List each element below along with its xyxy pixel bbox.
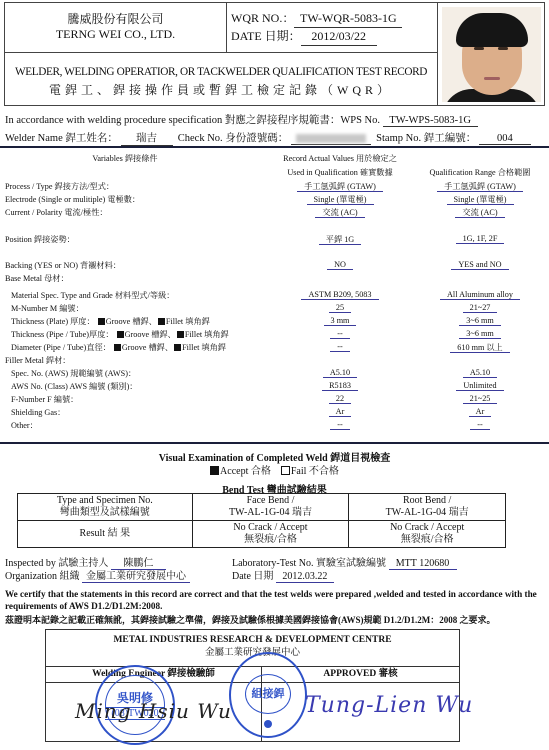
inspection-date-value: 2012.03.22 xyxy=(276,571,334,583)
actual-value: -- xyxy=(285,342,395,351)
organization-label: Organization 組織 xyxy=(5,571,80,582)
welder-line: Welder Name 銲工姓名： 瑞吉 Check No. 身份證號碼： St… xyxy=(5,130,531,146)
variable-label-text: Thickness (Pipe / Tube)厚度： xyxy=(11,330,114,339)
variable-label-text: M-Number M 編號： xyxy=(11,304,84,313)
range-value-text: All Aluminum alloy xyxy=(440,290,520,300)
table-cell: No Crack / Accept 無裂痕/合格 xyxy=(349,521,506,548)
fail-checkbox xyxy=(281,466,290,475)
table-cell: Root Bend / TW-AL-1G-04 瑞吉 xyxy=(349,494,506,521)
actual-value-text: Ar xyxy=(329,407,352,417)
date-value: 2012/03/22 xyxy=(301,28,377,46)
stamp-no: 004 xyxy=(479,133,531,145)
groove-label: Groove 槽銲 xyxy=(122,343,165,352)
range-value-text: -- xyxy=(470,420,489,430)
variable-label-text: Electrode (Single or mulitiple) 電極數： xyxy=(5,195,140,204)
table-cell: Result 結 果 xyxy=(18,521,193,548)
check-no-label: Check No. 身份證號碼： xyxy=(178,133,289,144)
engineer-signature: Ming Hsiu Wu xyxy=(75,699,232,723)
table-cell: No Crack / Accept 無裂痕/合格 xyxy=(192,521,349,548)
fillet-label: Fillet 填角銲 xyxy=(185,330,229,339)
separator: 、 xyxy=(165,343,173,352)
actual-value: ASTM B209, 5083 xyxy=(285,290,395,299)
divider xyxy=(0,146,549,148)
variable-label: M-Number M 編號： xyxy=(11,303,84,314)
range-value: 手工氬弧銲 (GTAW) xyxy=(420,181,540,192)
actual-value: -- xyxy=(285,420,395,429)
variable-label-text: Shielding Gas： xyxy=(11,408,65,417)
range-value-text: Unlimited xyxy=(456,381,503,391)
actual-value: Single (單電極) xyxy=(285,194,395,205)
groove-label: Groove 槽銲 xyxy=(125,330,168,339)
range-value-text: 手工氬弧銲 (GTAW) xyxy=(437,182,523,192)
range-value: Unlimited xyxy=(420,381,540,390)
variable-label: Electrode (Single or mulitiple) 電極數： xyxy=(5,194,140,205)
fillet-checked-icon xyxy=(177,331,184,338)
variable-label: Diameter (Pipe / Tube)直徑： Groove 槽銲、Fill… xyxy=(11,342,226,353)
groove-checked-icon xyxy=(98,318,105,325)
variable-label: Process / Type 銲接方法/型式： xyxy=(5,181,114,192)
joint-type-options: Groove 槽銲、Fillet 填角銲 xyxy=(114,330,229,339)
separator: 、 xyxy=(168,330,176,339)
actual-value: Ar xyxy=(285,407,395,416)
separator: 、 xyxy=(149,317,157,326)
visual-exam-options: Accept 合格 Fail 不合格 xyxy=(0,462,549,477)
variable-label-text: F-Number F 編號： xyxy=(11,395,78,404)
range-value: 交流 (AC) xyxy=(420,207,540,218)
variable-label-text: Thickness (Plate) 厚度： xyxy=(11,317,95,326)
range-value: YES and NO xyxy=(420,260,540,269)
variable-label: Position 銲接姿勢： xyxy=(5,234,75,245)
variable-label: Spec. No. (AWS) 規範編號 (AWS)： xyxy=(11,368,136,379)
groove-checked-icon xyxy=(114,344,121,351)
org-name-en: METAL INDUSTRIES RESEARCH & DEVELOPMENT … xyxy=(46,634,459,647)
photo-cell xyxy=(437,3,545,106)
variable-label: Material Spec. Type and Grade 材料型式/等級： xyxy=(11,290,174,301)
actual-value-text: 3 mm xyxy=(324,316,357,326)
variable-label: Other： xyxy=(11,420,38,431)
range-header: Qualification Range 合格範圍 xyxy=(405,167,549,178)
actual-value-text: 手工氬弧銲 (GTAW) xyxy=(297,182,383,192)
wps-number: TW-WPS-5083-1G xyxy=(383,115,478,127)
company-name-en: TERNG WEI CO., LTD. xyxy=(5,27,226,42)
title-cell: WELDER, WELDING OPERATIOR, OR TACKWELDER… xyxy=(5,53,437,106)
actual-value: 交流 (AC) xyxy=(285,207,395,218)
fillet-label: Fillet 填角銲 xyxy=(182,343,226,352)
welder-photo xyxy=(442,7,541,102)
certification-statement-zh: 茲證明本記錄之記載正確無訛，其銲接試驗之準備，銲接及試驗係根據美國銲接協會(AW… xyxy=(5,613,496,626)
actual-value: 22 xyxy=(285,394,395,403)
variable-label: Current / Polarity 電流/極性： xyxy=(5,207,108,218)
joint-type-options: Groove 槽銲、Fillet 填角銲 xyxy=(95,317,210,326)
wqr-label: WQR NO.： xyxy=(231,11,294,25)
divider xyxy=(0,442,549,444)
actual-value: R5183 xyxy=(285,381,395,390)
accept-label: Accept 合格 xyxy=(220,466,271,477)
range-value-text: 交流 (AC) xyxy=(455,208,504,218)
record-title-zh: 電銲工、銲接操作員或暫銲工檢定記錄（WQR） xyxy=(5,81,437,98)
variable-label: Base Metal 母材： xyxy=(5,273,69,284)
actual-value-text: -- xyxy=(330,420,349,430)
variable-label-text: Filler Metal 銲材： xyxy=(5,356,71,365)
organization-line: Organization 組織 金屬工業研究發展中心 xyxy=(5,567,190,583)
organization-value: 金屬工業研究發展中心 xyxy=(82,567,190,583)
date-label: DATE 日期： xyxy=(231,29,301,43)
actual-value-text: 22 xyxy=(329,394,351,404)
table-row: Result 結 果No Crack / Accept 無裂痕/合格No Cra… xyxy=(18,521,506,548)
actual-value-text: R5183 xyxy=(322,381,358,391)
range-value-text: 610 mm 以上 xyxy=(450,343,510,353)
variable-label-text: Diameter (Pipe / Tube)直徑： xyxy=(11,343,111,352)
welder-name: 瑞吉 xyxy=(121,130,173,146)
table-row: Type and Specimen No. 彎曲類型及試樣編號Face Bend… xyxy=(18,494,506,521)
wps-label: In accordance with welding procedure spe… xyxy=(5,115,380,126)
groove-checked-icon xyxy=(117,331,124,338)
header-box: 騰威股份有限公司 TERNG WEI CO., LTD. WQR NO.：TW-… xyxy=(4,2,545,106)
record-title-en: WELDER, WELDING OPERATIOR, OR TACKWELDER… xyxy=(5,66,437,78)
range-value: A5.10 xyxy=(420,368,540,377)
inspection-date-line: Date 日期 2012.03.22 xyxy=(232,567,334,583)
actual-value-text: 交流 (AC) xyxy=(315,208,364,218)
variables-header: Variables 銲接條件 xyxy=(60,153,190,164)
groove-label: Groove 槽銲 xyxy=(106,317,149,326)
range-value-text: 3~6 mm xyxy=(459,329,500,339)
record-header-1: Record Actual Values 用於檢定之 xyxy=(260,153,420,164)
variable-label-text: Process / Type 銲接方法/型式： xyxy=(5,182,114,191)
range-value-text: 3~6 mm xyxy=(459,316,500,326)
variable-label: Thickness (Plate) 厚度： Groove 槽銲、Fillet 填… xyxy=(11,316,210,327)
variable-label: Backing (YES or NO) 背襯材料： xyxy=(5,260,121,271)
range-value: Ar xyxy=(420,407,540,416)
variable-label: Thickness (Pipe / Tube)厚度： Groove 槽銲、Fil… xyxy=(11,329,229,340)
range-value-text: 21~25 xyxy=(463,394,498,404)
variable-label-text: Material Spec. Type and Grade 材料型式/等級： xyxy=(11,291,174,300)
wps-line: In accordance with welding procedure spe… xyxy=(5,112,478,127)
certification-statement-en: We certify that the statements in this r… xyxy=(5,588,549,612)
range-value-text: 1G, 1F, 2F xyxy=(456,234,505,244)
actual-value: -- xyxy=(285,329,395,338)
stamp-no-label: Stamp No. 銲工編號： xyxy=(376,133,476,144)
range-value-text: 21~27 xyxy=(463,303,498,313)
variable-label: Shielding Gas： xyxy=(11,407,65,418)
variable-label: F-Number F 編號： xyxy=(11,394,78,405)
range-value: 3~6 mm xyxy=(420,329,540,338)
actual-value: A5.10 xyxy=(285,368,395,377)
variable-label-text: Spec. No. (AWS) 規範編號 (AWS)： xyxy=(11,369,136,378)
variable-label-text: Base Metal 母材： xyxy=(5,274,69,283)
range-value: 21~25 xyxy=(420,394,540,403)
lab-test-value: MTT 120680 xyxy=(389,558,457,570)
actual-value: 手工氬弧銲 (GTAW) xyxy=(285,181,395,192)
fillet-checked-icon xyxy=(158,318,165,325)
variable-label-text: Position 銲接姿勢： xyxy=(5,235,75,244)
actual-value-text: -- xyxy=(330,329,349,339)
check-no-redacted xyxy=(291,133,371,145)
range-value: All Aluminum alloy xyxy=(420,290,540,299)
variable-label: Filler Metal 銲材： xyxy=(5,355,71,366)
company-name-zh: 騰威股份有限公司 xyxy=(5,12,226,27)
table-cell: Face Bend / TW-AL-1G-04 瑞吉 xyxy=(192,494,349,521)
actual-value-text: Single (單電極) xyxy=(307,195,374,205)
actual-value-text: ASTM B209, 5083 xyxy=(301,290,378,300)
fail-label: Fail 不合格 xyxy=(291,466,339,477)
actual-value: NO xyxy=(285,260,395,269)
table-cell: Type and Specimen No. 彎曲類型及試樣編號 xyxy=(18,494,193,521)
company-cell: 騰威股份有限公司 TERNG WEI CO., LTD. xyxy=(5,3,227,53)
fillet-checked-icon xyxy=(174,344,181,351)
actual-value: 平銲 1G xyxy=(285,234,395,245)
variable-label-text: Current / Polarity 電流/極性： xyxy=(5,208,108,217)
approval-stamp: 組接銲 xyxy=(229,652,307,738)
range-value: -- xyxy=(420,420,540,429)
record-header-2: Used in Qualification 確實數據 xyxy=(260,167,420,178)
variable-label-text: Other： xyxy=(11,421,38,430)
variable-label-text: AWS No. (Class) AWS 編號 (類別)： xyxy=(11,382,138,391)
variable-label: AWS No. (Class) AWS 編號 (類別)： xyxy=(11,381,138,392)
actual-value-text: 25 xyxy=(329,303,351,313)
flower-icon xyxy=(264,720,272,728)
accept-checkbox xyxy=(210,466,219,475)
approver-signature: Tung-Lien Wu xyxy=(305,693,473,718)
inspection-date-label: Date 日期 xyxy=(232,571,273,582)
range-value: 1G, 1F, 2F xyxy=(420,234,540,243)
range-value: 3~6 mm xyxy=(420,316,540,325)
wqr-cell: WQR NO.：TW-WQR-5083-1G DATE 日期：2012/03/2… xyxy=(227,3,437,53)
bend-test-table: Type and Specimen No. 彎曲類型及試樣編號Face Bend… xyxy=(17,493,506,548)
variable-label-text: Backing (YES or NO) 背襯材料： xyxy=(5,261,121,270)
range-value: 610 mm 以上 xyxy=(420,342,540,353)
actual-value-text: A5.10 xyxy=(323,368,357,378)
actual-value-text: 平銲 1G xyxy=(319,235,361,245)
actual-value: 3 mm xyxy=(285,316,395,325)
stamp-text: 組接銲 xyxy=(245,674,291,714)
range-value: Single (單電極) xyxy=(420,194,540,205)
range-value-text: Single (單電極) xyxy=(447,195,514,205)
wqr-number: TW-WQR-5083-1G xyxy=(294,10,402,28)
actual-value: 25 xyxy=(285,303,395,312)
joint-type-options: Groove 槽銲、Fillet 填角銲 xyxy=(111,343,226,352)
range-value: 21~27 xyxy=(420,303,540,312)
actual-value-text: NO xyxy=(327,260,353,270)
range-value-text: Ar xyxy=(469,407,492,417)
welder-name-label: Welder Name 銲工姓名： xyxy=(5,133,118,144)
fillet-label: Fillet 填角銲 xyxy=(166,317,210,326)
range-value-text: A5.10 xyxy=(463,368,497,378)
range-value-text: YES and NO xyxy=(451,260,508,270)
actual-value-text: -- xyxy=(330,342,349,352)
